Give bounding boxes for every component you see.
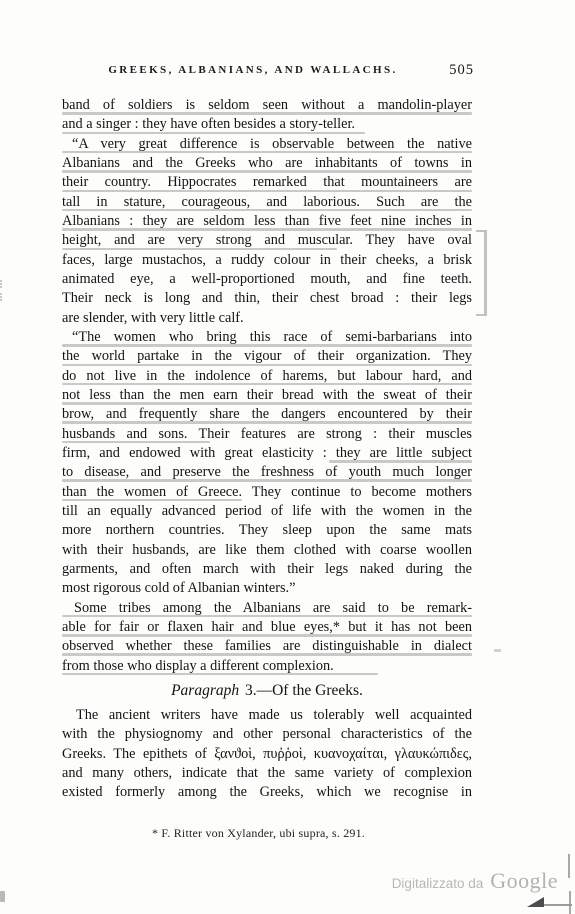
text-line: than the women of Greece. They continue … — [62, 483, 472, 502]
text-line: Their neck is long and thin, their chest… — [62, 289, 472, 308]
text-line: and many others, indicate that the same … — [62, 764, 472, 783]
text-line: Albanians and the Greeks who are inhabit… — [62, 154, 472, 173]
text-line: with their husbands, are like them cloth… — [62, 541, 472, 560]
text-line: do not live in the indolence of harems, … — [62, 367, 472, 386]
watermark-text: Digitalizzato da — [392, 876, 484, 891]
text-line: Greeks. The epithets of ξανϑοὶ, πυῤῥοὶ, … — [62, 745, 472, 764]
text-line: able for fair or flaxen hair and blue ey… — [62, 618, 472, 637]
google-logo: Google — [490, 868, 558, 894]
text-line: tall in stature, courageous, and laborio… — [62, 193, 472, 212]
text-line: their country. Hippocrates remarked that… — [62, 173, 472, 192]
text-line: The ancient writers have made us tolerab… — [62, 706, 472, 725]
scan-edge-mark — [0, 280, 5, 288]
text-line: and a singer : they have often besides a… — [62, 115, 472, 134]
text-column: band of soldiers is seldom seen without … — [62, 96, 472, 841]
section-heading-italic: Paragraph — [171, 682, 239, 699]
text-line: husbands and sons. Their features are st… — [62, 425, 472, 444]
text-line: Albanians : they are seldom less than fi… — [62, 212, 472, 231]
text-line: height, and are very strong and muscular… — [62, 231, 472, 250]
footnote: * F. Ritter von Xylander, ubi supra, s. … — [62, 826, 472, 841]
text-line: are slender, with very little calf. — [62, 309, 472, 328]
pencil-margin-dash-mark — [494, 649, 501, 652]
text-line: firm, and endowed with great elasticity … — [62, 444, 472, 463]
text-line: Some tribes among the Albanians are said… — [62, 599, 472, 618]
text-line: more northern countries. They sleep upon… — [62, 521, 472, 540]
pencil-margin-bracket-mark — [476, 230, 487, 316]
text-line: most rigorous cold of Albanian winters.” — [62, 579, 472, 598]
text-line: brow, and frequently share the dangers e… — [62, 405, 472, 424]
text-line: animated eye, a well-proportioned mouth,… — [62, 270, 472, 289]
paragraph-albanians: band of soldiers is seldom seen without … — [62, 96, 472, 676]
text-line: faces, large mustachos, a ruddy colour i… — [62, 251, 472, 270]
scan-edge-smudge — [0, 891, 5, 902]
scan-page-edge-line — [568, 854, 570, 878]
text-line: observed whether these families are dist… — [62, 637, 472, 656]
section-heading-rest: 3.—Of the Greeks. — [241, 682, 363, 699]
paragraph-greeks: The ancient writers have made us tolerab… — [62, 706, 472, 803]
text-line: the world partake in the vigour of their… — [62, 347, 472, 366]
text-line: band of soldiers is seldom seen without … — [62, 96, 472, 115]
google-digitization-watermark: Digitalizzato da Google — [392, 868, 558, 894]
text-line: “The women who bring this race of semi-b… — [62, 328, 472, 347]
section-heading: Paragraph 3.—Of the Greeks. — [62, 681, 472, 701]
text-line: garments, and often march with their leg… — [62, 560, 472, 579]
scan-page-edge-line — [569, 891, 571, 914]
text-line: to disease, and preserve the freshness o… — [62, 463, 472, 482]
pencil-underline-mark — [62, 673, 378, 676]
text-line: with the physiognomy and other personal … — [62, 725, 472, 744]
text-line: from those who display a different compl… — [62, 657, 472, 676]
scan-corner-artifact — [527, 897, 544, 907]
text-line: existed formerly among the Greeks, which… — [62, 783, 472, 802]
scan-edge-mark — [0, 293, 5, 301]
text-line: till an equally advanced period of life … — [62, 502, 472, 521]
running-head-title: GREEKS, ALBANIANS, AND WALLACHS. — [62, 64, 444, 76]
page-number: 505 — [449, 62, 474, 79]
scanned-book-page: GREEKS, ALBANIANS, AND WALLACHS. 505 ban… — [0, 0, 575, 914]
text-line: “A very great difference is observable b… — [62, 135, 472, 154]
page-header: GREEKS, ALBANIANS, AND WALLACHS. 505 — [62, 62, 474, 80]
text-line: not less than the men earn their bread w… — [62, 386, 472, 405]
